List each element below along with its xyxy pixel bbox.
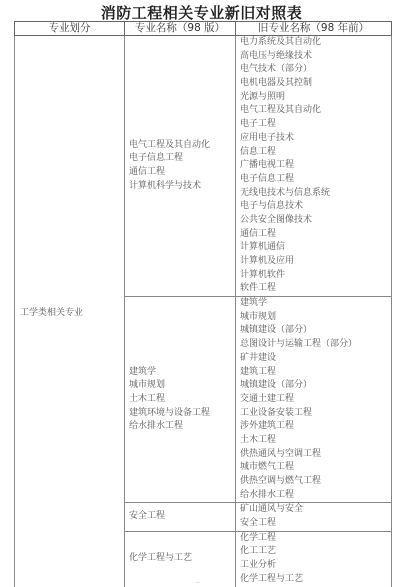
page-title: 消防工程相关专业新旧对照表	[0, 2, 403, 23]
new-major-item: 通信工程	[129, 166, 235, 180]
old-major-item: 工业分析	[240, 559, 391, 573]
old-major-item: 计算机通信	[240, 241, 391, 255]
header-old-major: 旧专业名称（98 年前）	[236, 22, 392, 36]
table-row: 工学类相关专业电气工程及其自动化电子信息工程通信工程计算机科学与技术电力系统及其…	[15, 36, 392, 297]
new-major-item: 城市规划	[129, 379, 235, 393]
old-major-cell: 电力系统及其自动化高电压与绝缘技术电气技术（部分）电机电器及其控制光源与照明电气…	[236, 36, 392, 297]
old-major-item: 应用电子技术	[240, 132, 391, 146]
old-major-item: 建筑工程	[240, 366, 391, 380]
old-major-item: 城镇建设（部分）	[240, 324, 391, 338]
old-major-item: 城市规划	[240, 311, 391, 325]
old-major-item: 安全工程	[240, 517, 391, 531]
new-major-item: 电气工程及其自动化	[129, 139, 235, 153]
old-major-item: 城镇建设（部分）	[240, 379, 391, 393]
old-major-item: 工业设备安装工程	[240, 407, 391, 421]
old-major-item: 通信工程	[240, 228, 391, 242]
old-major-item: 建筑学	[240, 297, 391, 311]
page-footer-mark: ··	[196, 580, 200, 587]
new-major-cell: 电气工程及其自动化电子信息工程通信工程计算机科学与技术	[125, 36, 236, 297]
new-major-item: 给水排水工程	[129, 420, 235, 434]
old-major-item: 涉外建筑工程	[240, 420, 391, 434]
new-major-item: 化学工程与工艺	[129, 552, 235, 566]
old-major-item: 电气工程及其自动化	[240, 104, 391, 118]
table-header-row: 专业划分 专业名称（98 版） 旧专业名称（98 年前）	[15, 22, 392, 36]
new-major-cell: 建筑学城市规划土木工程建筑环境与设备工程给水排水工程	[125, 297, 236, 503]
old-major-item: 矿井建设	[240, 352, 391, 366]
old-major-item: 化学工程与工艺	[240, 573, 391, 587]
old-major-item: 光源与照明	[240, 91, 391, 105]
old-major-item: 电子与信息技术	[240, 200, 391, 214]
old-major-item: 电子工程	[240, 118, 391, 132]
old-major-item: 电气技术（部分）	[240, 63, 391, 77]
old-major-item: 化工工艺	[240, 545, 391, 559]
new-major-cell: 安全工程	[125, 503, 236, 531]
old-major-item: 供热空调与燃气工程	[240, 475, 391, 489]
old-major-item: 广播电视工程	[240, 159, 391, 173]
old-major-item: 电子信息工程	[240, 173, 391, 187]
header-category: 专业划分	[15, 22, 125, 36]
old-major-item: 信息工程	[240, 146, 391, 160]
old-major-item: 高电压与绝缘技术	[240, 50, 391, 64]
old-major-item: 化学工程	[240, 532, 391, 546]
old-major-item: 矿山通风与安全	[240, 503, 391, 517]
new-major-item: 建筑学	[129, 366, 235, 380]
category-cell: 工学类相关专业	[15, 36, 125, 587]
old-major-item: 供热通风与空调工程	[240, 448, 391, 462]
header-new-major: 专业名称（98 版）	[125, 22, 236, 36]
old-major-item: 软件工程	[240, 282, 391, 296]
old-major-item: 公共安全图像技术	[240, 214, 391, 228]
old-major-cell: 建筑学城市规划城镇建设（部分）总图设计与运输工程（部分）矿井建设建筑工程城镇建设…	[236, 297, 392, 503]
old-major-item: 电机电器及其控制	[240, 77, 391, 91]
new-major-item: 电子信息工程	[129, 152, 235, 166]
old-major-item: 给水排水工程	[240, 489, 391, 503]
old-major-item: 土木工程	[240, 434, 391, 448]
old-major-item: 总图设计与运输工程（部分）	[240, 338, 391, 352]
old-major-item: 城市燃气工程	[240, 461, 391, 475]
new-major-item: 计算机科学与技术	[129, 180, 235, 194]
new-major-item: 土木工程	[129, 393, 235, 407]
major-comparison-table: 专业划分 专业名称（98 版） 旧专业名称（98 年前） 工学类相关专业电气工程…	[14, 21, 392, 587]
old-major-item: 计算机软件	[240, 269, 391, 283]
old-major-item: 无线电技术与信息系统	[240, 187, 391, 201]
new-major-cell: 化学工程与工艺	[125, 531, 236, 587]
old-major-item: 电力系统及其自动化	[240, 36, 391, 50]
old-major-item: 交通土建工程	[240, 393, 391, 407]
old-major-cell: 化学工程化工工艺工业分析化学工程与工艺	[236, 531, 392, 587]
new-major-item: 安全工程	[129, 510, 235, 524]
old-major-cell: 矿山通风与安全安全工程	[236, 503, 392, 531]
old-major-item: 计算机及应用	[240, 255, 391, 269]
new-major-item: 建筑环境与设备工程	[129, 407, 235, 421]
